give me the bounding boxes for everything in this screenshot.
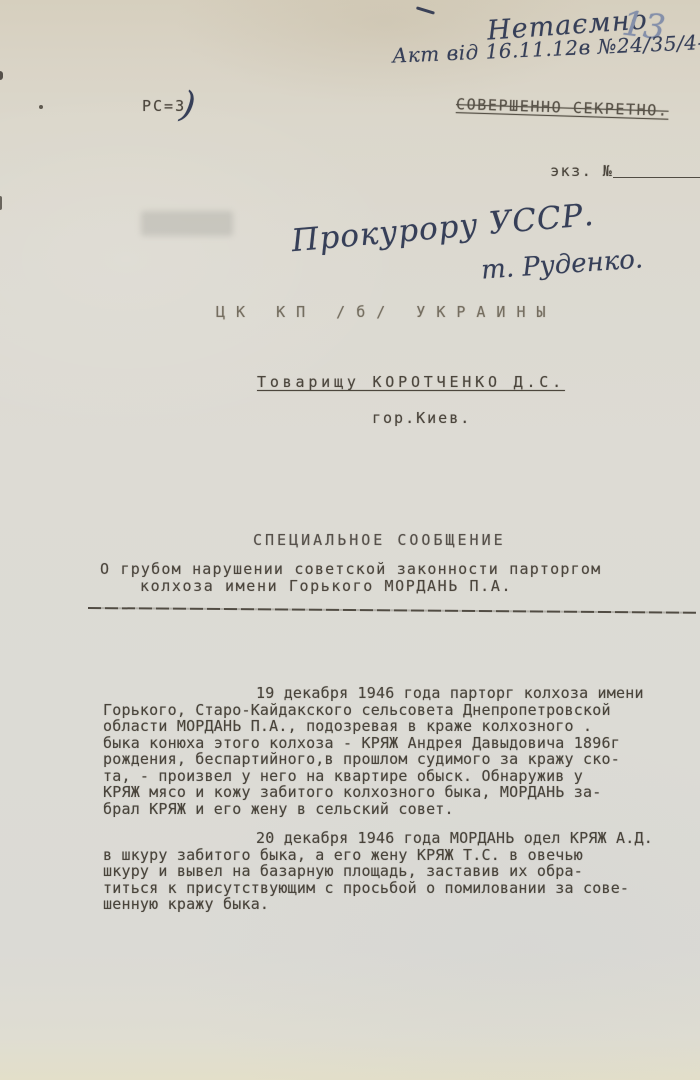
handwritten-paren-mark: ) [178, 84, 198, 127]
body-line: шкуру и вывел на базарную площадь, заста… [103, 863, 643, 880]
body-line: та, - произвел у него на квартире обыск.… [103, 768, 643, 785]
paragraph-1: 19 декабря 1946 года парторг колхоза име… [103, 685, 643, 817]
org-line: ЦК КП /б/ УКРАИНЫ [216, 303, 557, 321]
subject-line-1: О грубом нарушении советской законности … [100, 560, 601, 578]
body-line: рождения, беспартийного,в прошлом судимо… [103, 751, 643, 768]
subject-line-2: колхоза имени Горького МОРДАНЬ П.А. [140, 577, 512, 595]
resolution-name-handwritten: т. Руденко. [480, 244, 644, 285]
report-heading: СПЕЦИАЛЬНОЕ СООБЩЕНИЕ [253, 531, 506, 549]
body-line: брал КРЯЖ и его жену в сельский совет. [103, 801, 643, 818]
addressee-city: гор.Киев. [372, 409, 471, 427]
document-page: Нетаємно 13 Акт від 16.11.12в №24/35/4-4… [0, 0, 700, 1080]
paper-speck [39, 105, 43, 109]
body-line: шенную кражу быка. [103, 896, 643, 913]
divider-rule [88, 607, 696, 614]
copy-number-row: экз. № [508, 144, 700, 198]
body-line: 19 декабря 1946 года парторг колхоза име… [103, 685, 643, 702]
paragraph-2: 20 декабря 1946 года МОРДАНЬ одел КРЯЖ А… [103, 830, 643, 913]
paper-speck [0, 196, 2, 210]
body-line: КРЯЖ мясо и кожу забитого колхозного бык… [103, 784, 643, 801]
body-line: области МОРДАНЬ П.А., подозревая в краже… [103, 718, 643, 735]
copy-number-label: экз. № [550, 162, 613, 180]
body-line: Горького, Старо-Кайдакского сельсовета Д… [103, 702, 643, 719]
body-line: быка конюха этого колхоза - КРЯЖ Андрея … [103, 735, 643, 752]
body-line: 20 декабря 1946 года МОРДАНЬ одел КРЯЖ А… [103, 830, 643, 847]
body-line: титься к присутствующим с просьбой о пом… [103, 880, 643, 897]
addressee-name: Товарищу КОРОТЧЕНКО Д.С. [257, 373, 565, 391]
paper-speck [0, 71, 3, 80]
copy-number-blank-line [613, 176, 700, 178]
stray-ink-dash [416, 6, 435, 14]
body-line: в шкуру забитого быка, а его жену КРЯЖ Т… [103, 847, 643, 864]
smudge-mark [141, 211, 233, 236]
secrecy-stamp: СОВЕРШЕННО СЕКРЕТНО. [430, 94, 669, 119]
